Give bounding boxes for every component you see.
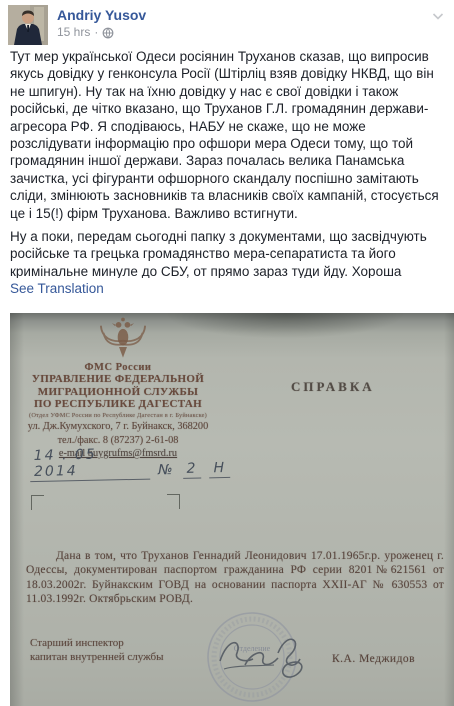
document-title: СПРАВКА bbox=[291, 379, 375, 395]
avatar-photo bbox=[8, 5, 48, 45]
signer-title: Старший инспектор капитан внутренней слу… bbox=[30, 637, 200, 664]
meta-separator: · bbox=[94, 25, 98, 39]
handwritten-date: 14 . 05 2014 bbox=[30, 446, 151, 483]
address-line: ул. Дж.Кумухского, 7 г. Буйнакск, 368200 bbox=[12, 420, 224, 434]
agency-name: ФМС России bbox=[12, 362, 224, 373]
facebook-post: Andriy Yusov 15 hrs · Тут мер українсько… bbox=[0, 0, 454, 706]
handwritten-date-number: 14 . 05 2014 № 2 Н bbox=[30, 454, 230, 482]
address-window-corner-left bbox=[31, 495, 44, 510]
author-name[interactable]: Andriy Yusov bbox=[57, 7, 146, 23]
number-sign: № bbox=[158, 462, 175, 479]
letterhead-subtitle: (Отдел УФМС России по Республике Дагеста… bbox=[12, 412, 224, 419]
letterhead-line: МИГРАЦИОННОЙ СЛУЖБЫ bbox=[12, 386, 224, 399]
round-stamp: Отделение bbox=[190, 601, 326, 706]
post-paragraph: Тут мер української Одеси росіянин Труха… bbox=[10, 48, 440, 222]
document-body-text: Дана в том, что Труханов Геннадий Леонид… bbox=[26, 549, 444, 606]
letterhead-line: УПРАВЛЕНИЕ ФЕДЕРАЛЬНОЙ bbox=[12, 373, 224, 386]
letterhead-line: ПО РЕСПУБЛИКЕ ДАГЕСТАН bbox=[12, 398, 224, 411]
timestamp[interactable]: 15 hrs bbox=[57, 25, 90, 39]
phone-line: тел./факс. 8 (87237) 2-61-08 bbox=[12, 434, 224, 448]
attached-photo[interactable]: ФМС России УПРАВЛЕНИЕ ФЕДЕРАЛЬНОЙ МИГРАЦ… bbox=[10, 313, 454, 706]
letterhead: ФМС России УПРАВЛЕНИЕ ФЕДЕРАЛЬНОЙ МИГРАЦ… bbox=[12, 362, 224, 419]
post-paragraph: Ну а поки, передам сьогодні папку з доку… bbox=[10, 228, 440, 278]
double-headed-eagle-emblem bbox=[96, 316, 150, 362]
post-header: Andriy Yusov 15 hrs · bbox=[0, 0, 454, 46]
post-text: Тут мер української Одеси росіянин Труха… bbox=[0, 46, 454, 278]
stamp-inner-text: Отделение bbox=[234, 644, 271, 653]
handwritten-suffix: Н bbox=[209, 460, 230, 478]
chevron-down-icon[interactable] bbox=[430, 8, 446, 24]
post-meta: 15 hrs · bbox=[57, 25, 114, 39]
avatar[interactable] bbox=[8, 5, 48, 45]
handwritten-number: 2 bbox=[182, 461, 201, 479]
signer-title-line: Старший инспектор bbox=[30, 637, 200, 651]
signer-name: К.А. Меджидов bbox=[332, 653, 415, 665]
see-translation-link[interactable]: See Translation bbox=[10, 281, 104, 296]
globe-icon bbox=[102, 27, 114, 39]
address-window-corner-right bbox=[167, 494, 180, 509]
signer-title-line: капитан внутренней службы bbox=[30, 651, 200, 665]
